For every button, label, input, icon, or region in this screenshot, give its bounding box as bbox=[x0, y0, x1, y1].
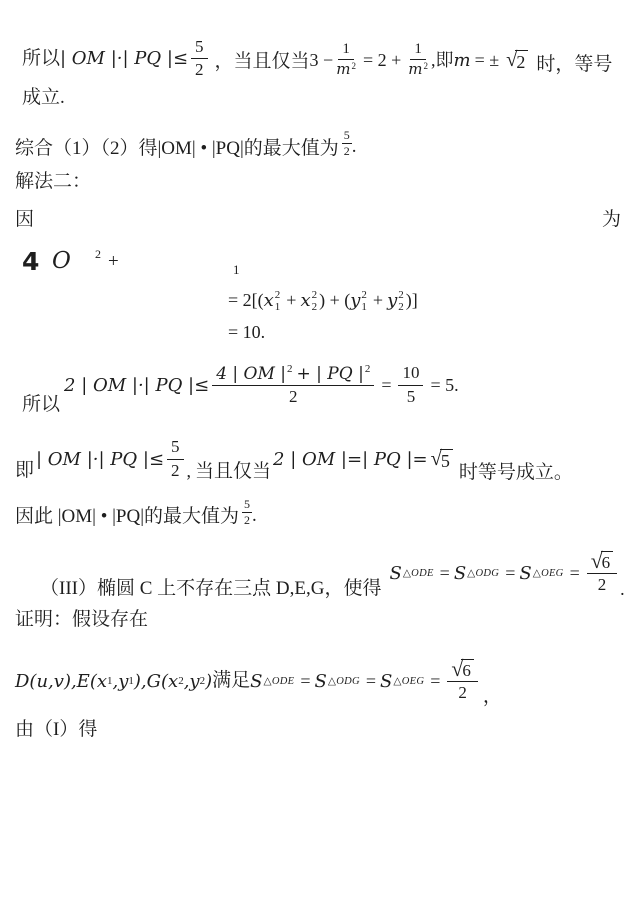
superscript-2: 2 bbox=[95, 247, 101, 262]
superscript: 2 bbox=[287, 363, 293, 375]
superscript: 2 bbox=[423, 61, 428, 71]
variable-m: m bbox=[453, 50, 470, 71]
subscript-ODE: △ODE bbox=[403, 567, 434, 579]
subscript: 1 bbox=[275, 301, 281, 313]
solution-line-12: （III）椭圆 C 上不存在三点 D,E,G，使得 S△ODE = S△ODG … bbox=[40, 542, 625, 604]
math-text-plus: + bbox=[286, 290, 296, 311]
math-text-plusminus: = ± bbox=[475, 50, 500, 71]
variable-x: x bbox=[300, 290, 310, 311]
sqrt-radical: √ 5 bbox=[431, 449, 453, 470]
fraction-denominator: m2 bbox=[336, 60, 356, 80]
fraction-numerator: 5 bbox=[342, 128, 352, 145]
solution-line-15: 由（I）得 bbox=[15, 718, 97, 743]
equals-sign: = bbox=[300, 671, 310, 692]
solution-line-8: = 10. bbox=[228, 322, 265, 343]
equals-sign: = bbox=[440, 563, 450, 584]
fraction-denominator: 2 bbox=[344, 144, 350, 160]
math-text-plus: + bbox=[108, 252, 119, 271]
cjk-text-zonghe: 综合（1）（2）得|OM| • |PQ|的最大值为 bbox=[15, 137, 339, 162]
fraction-numerator: 5 bbox=[242, 497, 252, 514]
math-text: 2 | OM |=| PQ |= bbox=[273, 449, 428, 470]
cjk-text-shi-denghao: 时，等号 bbox=[536, 53, 612, 80]
subscript-OEG: △OEG bbox=[533, 567, 564, 579]
cjk-text-you-I-de: 由（I）得 bbox=[15, 718, 97, 743]
solution-line-10: 即 | OM |·| PQ |≤ 5 2 , 当且仅当 2 | OM |=| P… bbox=[15, 428, 573, 490]
fraction-denominator: 2 bbox=[195, 59, 204, 80]
radical-sign: √ bbox=[431, 451, 442, 467]
period: . bbox=[252, 504, 257, 529]
math-text: + | PQ | bbox=[297, 364, 364, 384]
solution-line-6-partial-formula: 4 O 2 + 1 bbox=[22, 247, 322, 281]
math-text: = 2[( bbox=[228, 290, 264, 311]
comma-fullwidth: ， bbox=[483, 685, 502, 712]
cjk-text-ji: 即 bbox=[15, 459, 34, 490]
math-text: = 5. bbox=[430, 375, 458, 396]
variable-y: y bbox=[350, 290, 360, 311]
equals-sign: = bbox=[570, 563, 580, 584]
period: . bbox=[352, 135, 357, 160]
solution-line-1: 所以 | OM |·| PQ |≤ 5 2 ，当且仅当 3 − 1 m2 = 2… bbox=[22, 16, 632, 80]
math-text-plus: + bbox=[373, 290, 383, 311]
solution-line-11: 因此 |OM| • |PQ|的最大值为 5 2 . bbox=[15, 492, 257, 530]
cjk-text-shi-denghao-chengli: 时等号成立。 bbox=[459, 461, 573, 490]
solution-line-2: 成立. bbox=[22, 86, 65, 111]
solution-line-14: D(u,v),E(x1,y1),G(x2,y2) 满足 S△ODE = S△OD… bbox=[15, 650, 502, 712]
variable-m: m bbox=[336, 60, 350, 78]
math-text: ) bbox=[205, 671, 212, 692]
math-expression: 2 | OM |·| PQ |≤ 4 | OM |2+ | PQ |2 2 = … bbox=[64, 363, 463, 407]
fraction-numerator: 1 bbox=[338, 41, 354, 61]
small-fraction-5-2: 5 2 bbox=[242, 497, 252, 529]
fraction-numerator: 1 bbox=[410, 41, 426, 61]
subscript-1: 1 bbox=[233, 262, 240, 278]
radical-sign: √ bbox=[591, 553, 603, 570]
math-expression-areas: S△ODE = S△ODG = S△OEG = √6 2 . bbox=[389, 551, 624, 594]
equals-sign: = bbox=[430, 671, 440, 692]
solution-line-3: 综合（1）（2）得|OM| • |PQ|的最大值为 5 2 . bbox=[15, 120, 357, 162]
fraction-numerator: 5 bbox=[167, 437, 184, 459]
fraction-numerator: √6 bbox=[447, 659, 477, 681]
math-expression: 2 | OM |=| PQ |= √ 5 bbox=[273, 449, 453, 470]
math-expression: | OM |·| PQ |≤ 5 2 , bbox=[36, 437, 191, 480]
fraction-denominator: 2 bbox=[598, 574, 607, 595]
math-text: = 10. bbox=[228, 322, 265, 343]
equals-sign: = bbox=[505, 563, 515, 584]
math-text-4: 4 bbox=[22, 249, 39, 274]
cjk-text-zhengming: 证明：假设存在 bbox=[15, 608, 148, 633]
sqrt-radical: √ 2 bbox=[506, 50, 528, 71]
variable-y: y bbox=[387, 290, 397, 311]
big-fraction: 4 | OM |2+ | PQ |2 2 bbox=[212, 363, 374, 407]
math-expression-om-pq: | OM |·| PQ |≤ 5 2 bbox=[60, 37, 211, 80]
equals-sign: = bbox=[366, 671, 376, 692]
fraction-numerator: 10 bbox=[398, 363, 423, 385]
cjk-text-yin: 因 bbox=[15, 208, 34, 233]
sup-sub-stack: 21 bbox=[275, 289, 281, 314]
fraction-5-2: 5 2 bbox=[167, 437, 184, 480]
fraction-numerator: 5 bbox=[191, 37, 208, 59]
math-text: ,y bbox=[113, 671, 129, 692]
fraction-5-2: 5 2 bbox=[191, 37, 208, 80]
sqrt-radical: √6 bbox=[591, 551, 613, 571]
subscript: 2 bbox=[312, 301, 318, 313]
superscript: 2 bbox=[365, 363, 371, 375]
math-text: 2 | OM |·| PQ |≤ bbox=[64, 375, 209, 396]
superscript: 2 bbox=[351, 61, 356, 71]
variable-S: S bbox=[250, 671, 262, 692]
variable-m: m bbox=[408, 60, 422, 78]
fraction-sqrt6-2: √6 2 bbox=[587, 551, 617, 594]
cjk-text-jiefa-er: 解法二： bbox=[15, 170, 91, 195]
cjk-text-yinci: 因此 |OM| • |PQ|的最大值为 bbox=[15, 505, 239, 530]
cjk-text-dangqie: 当且仅当 bbox=[195, 460, 271, 490]
math-expression-m-equation: 3 − 1 m2 = 2 + 1 m2 ,即 m = ± √ 2 bbox=[310, 41, 529, 80]
math-text: = 2 + bbox=[363, 50, 401, 71]
variable-O: O bbox=[52, 250, 71, 273]
small-fraction-5-2: 5 2 bbox=[342, 128, 352, 160]
fraction-10-5: 10 5 bbox=[398, 363, 423, 406]
math-text: )] bbox=[406, 290, 418, 311]
cjk-text-dangqie: ，当且仅当 bbox=[215, 50, 310, 80]
sup-sub-stack: 21 bbox=[361, 289, 367, 314]
fraction-denominator: 2 bbox=[458, 682, 467, 703]
math-text: | OM |·| PQ |≤ bbox=[36, 449, 164, 470]
variable-S: S bbox=[519, 563, 531, 584]
fraction-denominator: 2 bbox=[171, 460, 180, 481]
variable-S: S bbox=[380, 671, 392, 692]
solution-line-13: 证明：假设存在 bbox=[15, 608, 148, 633]
superscript: 2 bbox=[398, 289, 404, 301]
sup-sub-stack: 22 bbox=[312, 289, 318, 314]
superscript: 2 bbox=[275, 289, 281, 301]
subscript-ODG: △ODG bbox=[467, 567, 499, 579]
cjk-text-ji: ,即 bbox=[431, 49, 454, 72]
fraction-numerator: 4 | OM |2+ | PQ |2 bbox=[212, 363, 374, 386]
variable-S: S bbox=[389, 563, 401, 584]
solution-line-4: 解法二： bbox=[15, 170, 91, 195]
subscript-OEG: △OEG bbox=[393, 675, 424, 687]
fraction-denominator: 5 bbox=[407, 386, 416, 407]
fraction-1-m2: 1 m2 bbox=[336, 41, 356, 80]
solution-line-7: = 2[( x 21 + x 22 ) + ( y 21 + y 22 )] bbox=[228, 288, 418, 313]
subscript-ODG: △ODG bbox=[328, 675, 360, 687]
superscript: 2 bbox=[312, 289, 318, 301]
math-expression-points: D(u,v),E(x1,y1),G(x2,y2) 满足 S△ODE = S△OD… bbox=[15, 659, 481, 702]
solution-line-9: 所以 2 | OM |·| PQ |≤ 4 | OM |2+ | PQ |2 2… bbox=[22, 352, 463, 418]
equals-sign: = bbox=[381, 375, 391, 396]
math-text-G: ),G(x bbox=[134, 671, 178, 692]
subscript-ODE: △ODE bbox=[263, 675, 294, 687]
math-text: ) + ( bbox=[319, 290, 350, 311]
math-text-D-E: D(u,v),E(x bbox=[15, 671, 107, 692]
fraction-denominator: m2 bbox=[408, 60, 428, 80]
fraction-denominator: 2 bbox=[289, 386, 298, 407]
variable-x: x bbox=[264, 290, 274, 311]
fraction-sqrt6-2: √6 2 bbox=[447, 659, 477, 702]
variable-S: S bbox=[454, 563, 466, 584]
math-text: ,y bbox=[184, 671, 200, 692]
math-text: | OM |·| PQ |≤ bbox=[60, 48, 188, 69]
cjk-text-suoyi: 所以 bbox=[22, 393, 60, 418]
math-text: 3 − bbox=[310, 50, 334, 71]
subscript: 1 bbox=[361, 301, 367, 313]
document-page: 所以 | OM |·| PQ |≤ 5 2 ，当且仅当 3 − 1 m2 = 2… bbox=[0, 0, 640, 905]
fraction-denominator: 2 bbox=[244, 513, 250, 529]
sup-sub-stack: 22 bbox=[398, 289, 404, 314]
cjk-text-manzu: 满足 bbox=[212, 669, 250, 694]
radical-sign: √ bbox=[451, 661, 463, 678]
cjk-text-wei: 为 bbox=[602, 208, 621, 233]
subscript: 2 bbox=[398, 301, 404, 313]
fraction-1-m2: 1 m2 bbox=[408, 41, 428, 80]
cjk-text-chengli: 成立. bbox=[22, 86, 65, 111]
solution-line-5: 因 为 bbox=[15, 208, 621, 233]
period: . bbox=[620, 579, 625, 600]
variable-S: S bbox=[314, 671, 326, 692]
superscript: 2 bbox=[361, 289, 367, 301]
cjk-text-suoyi: 所以 bbox=[22, 47, 60, 80]
cjk-text-part3: （III）椭圆 C 上不存在三点 D,E,G，使得 bbox=[40, 577, 381, 604]
math-text: 4 | OM | bbox=[216, 364, 286, 384]
fraction-numerator: √6 bbox=[587, 551, 617, 573]
sqrt-radical: √6 bbox=[451, 659, 473, 679]
radical-sign: √ bbox=[506, 52, 517, 68]
comma: , bbox=[187, 461, 192, 482]
